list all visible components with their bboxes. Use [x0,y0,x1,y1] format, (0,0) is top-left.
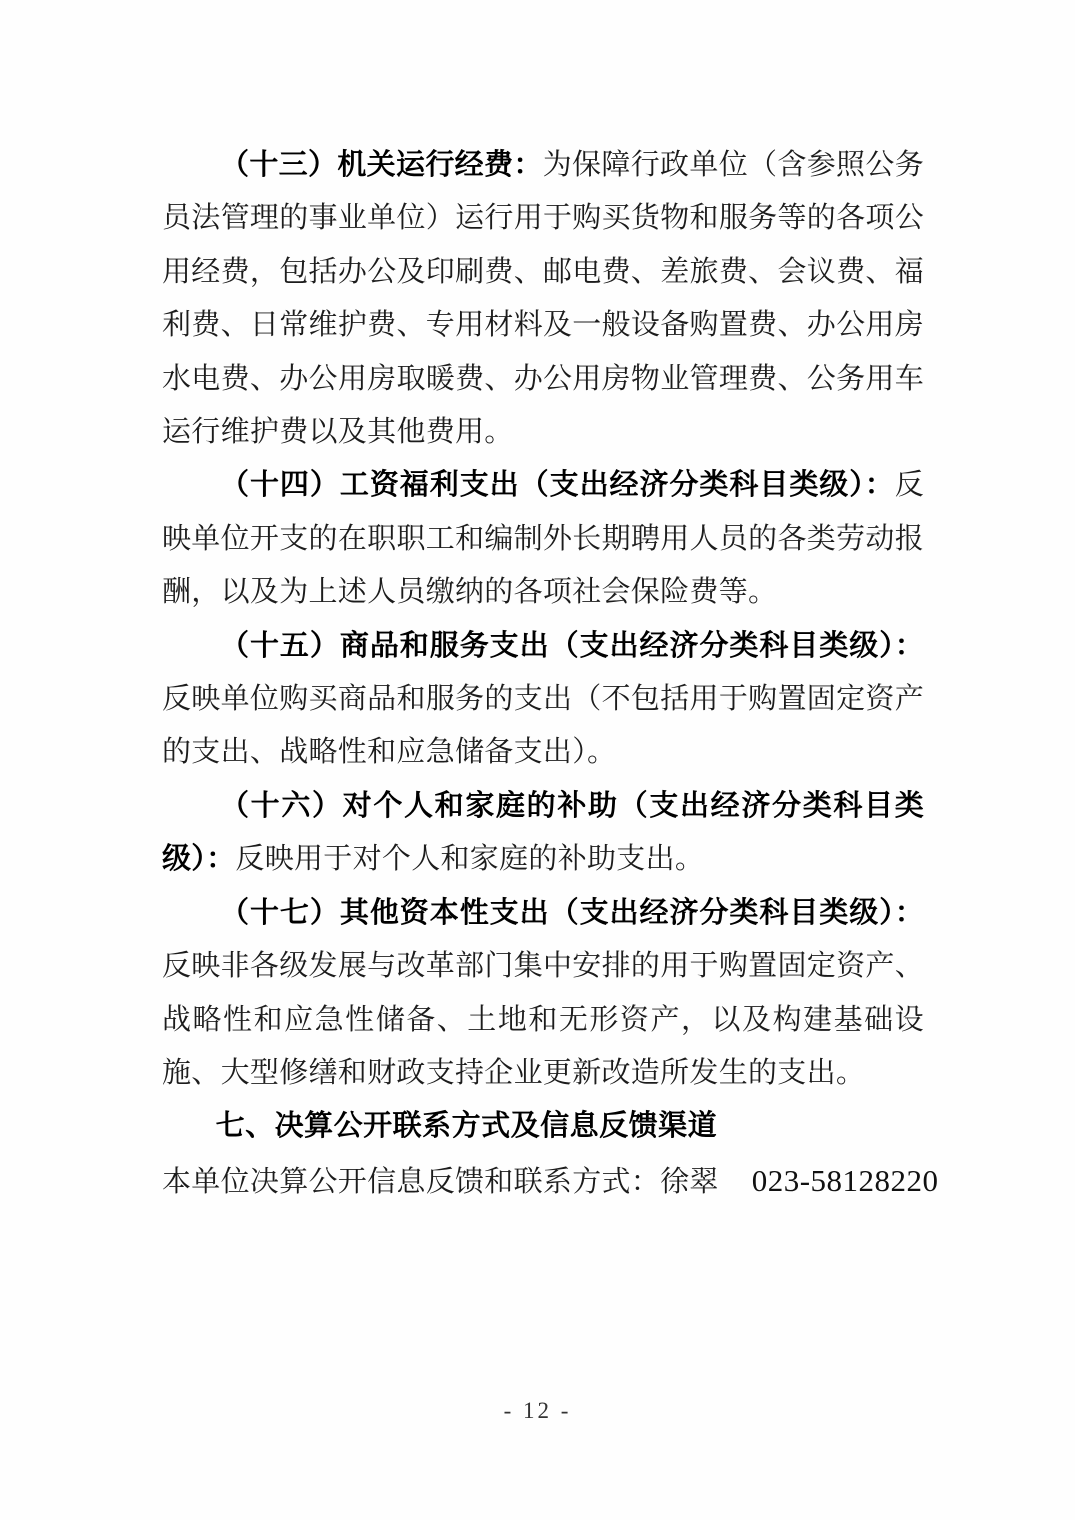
contact-name: 徐翠 [660,1166,719,1198]
page-number: - 12 - [0,1398,1075,1424]
paragraph-15-goods-services-expenditure: （十五）商品和服务支出（支出经济分类科目类级）：反映单位购买商品和服务的支出（不… [162,620,924,780]
paragraph-17-other-capital-expenditure: （十七）其他资本性支出（支出经济分类科目类级）：反映非各级发展与改革部门集中安排… [162,887,924,1101]
paragraph-lead: （十三）机关运行经费： [220,149,543,181]
paragraph-14-wage-welfare-expenditure: （十四）工资福利支出（支出经济分类科目类级）：反映单位开支的在职职工和编制外长期… [162,459,924,619]
paragraph-text: 反映单位购买商品和服务的支出（不包括用于购置固定资产的支出、战略性和应急储备支出… [162,683,924,768]
contact-line: 本单位决算公开信息反馈和联系方式：徐翠023-58128220 [162,1154,924,1209]
document-page: （十三）机关运行经费：为保障行政单位（含参照公务员法管理的事业单位）运行用于购买… [0,0,1075,1520]
paragraph-lead: （十七）其他资本性支出（支出经济分类科目类级）： [220,897,924,929]
paragraph-text: 反映用于对个人和家庭的补助支出。 [235,843,704,875]
contact-label: 本单位决算公开信息反馈和联系方式： [162,1166,660,1198]
paragraph-text: 为保障行政单位（含参照公务员法管理的事业单位）运行用于购买货物和服务等的各项公用… [162,149,924,448]
paragraph-lead: （十五）商品和服务支出（支出经济分类科目类级）： [220,630,924,662]
paragraph-text: 反映非各级发展与改革部门集中安排的用于购置固定资产、战略性和应急性储备、土地和无… [162,950,924,1089]
paragraph-16-individual-family-subsidy: （十六）对个人和家庭的补助（支出经济分类科目类级）：反映用于对个人和家庭的补助支… [162,780,924,887]
page-content: （十三）机关运行经费：为保障行政单位（含参照公务员法管理的事业单位）运行用于购买… [162,139,924,1209]
section-heading-contact-channels: 七、决算公开联系方式及信息反馈渠道 [162,1100,924,1153]
paragraph-lead: （十四）工资福利支出（支出经济分类科目类级）： [220,469,895,501]
contact-phone: 023-58128220 [752,1163,939,1198]
paragraph-13-organ-operating-expenses: （十三）机关运行经费：为保障行政单位（含参照公务员法管理的事业单位）运行用于购买… [162,139,924,459]
